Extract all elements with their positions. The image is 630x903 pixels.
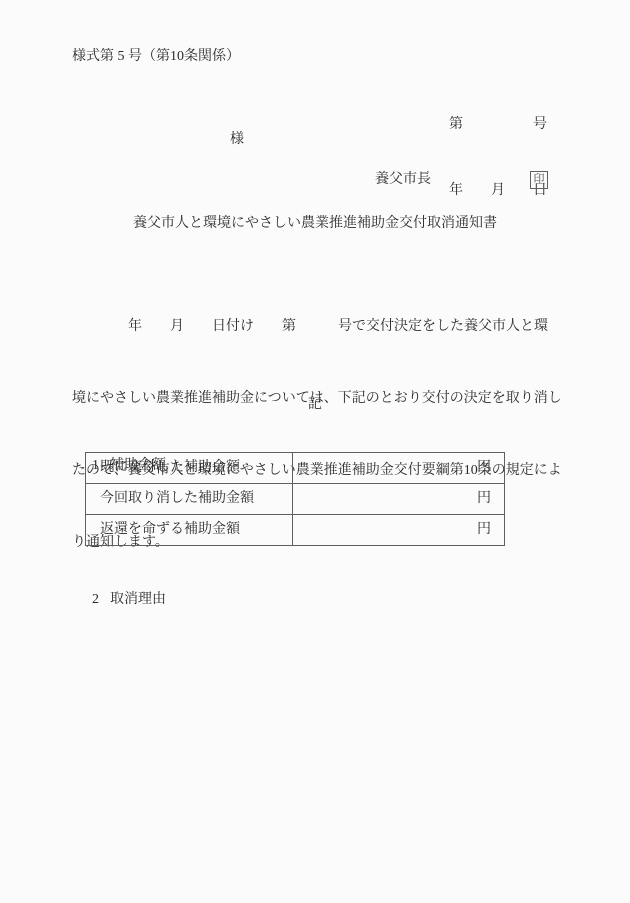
document-number-line: 第 号 [449,114,547,136]
section-2-heading: 2取消理由 [78,570,166,629]
section-2-number: 2 [92,592,99,607]
row-value-paid-amount: 円 [293,453,505,484]
section-2-label: 取消理由 [110,592,166,607]
row-value-cancelled-amount: 円 [293,484,505,515]
sender-row: 養父市長 印 [375,170,548,190]
document-page: 様式第 5 号（第10条関係） 第 号 年 月 日 様 養父市長 印 養父市人と… [0,0,630,903]
document-title: 養父市人と環境にやさしい農業推進補助金交付取消通知書 [0,214,630,234]
table-row: 今回取り消した補助金額 円 [86,484,505,515]
row-label-paid-amount: 既に交付した補助金額 [86,453,293,484]
sender-title: 養父市長 [375,170,431,190]
form-number-label: 様式第 5 号（第10条関係） [72,47,240,67]
addressee-suffix: 様 [230,130,244,150]
row-value-return-amount: 円 [293,515,505,546]
table-row: 既に交付した補助金額 円 [86,453,505,484]
body-line: 年 月 日付け 第 号で交付決定をした養父市人と環 [72,315,564,339]
list-marker-ki: 記 [0,395,630,415]
body-paragraph: 年 月 日付け 第 号で交付決定をした養父市人と環 境にやさしい農業推進補助金に… [72,267,564,603]
row-label-return-amount: 返還を命ずる補助金額 [86,515,293,546]
table-row: 返還を命ずる補助金額 円 [86,515,505,546]
row-label-cancelled-amount: 今回取り消した補助金額 [86,484,293,515]
subsidy-amount-table: 既に交付した補助金額 円 今回取り消した補助金額 円 返還を命ずる補助金額 円 [85,452,505,546]
seal-mark: 印 [530,171,548,189]
